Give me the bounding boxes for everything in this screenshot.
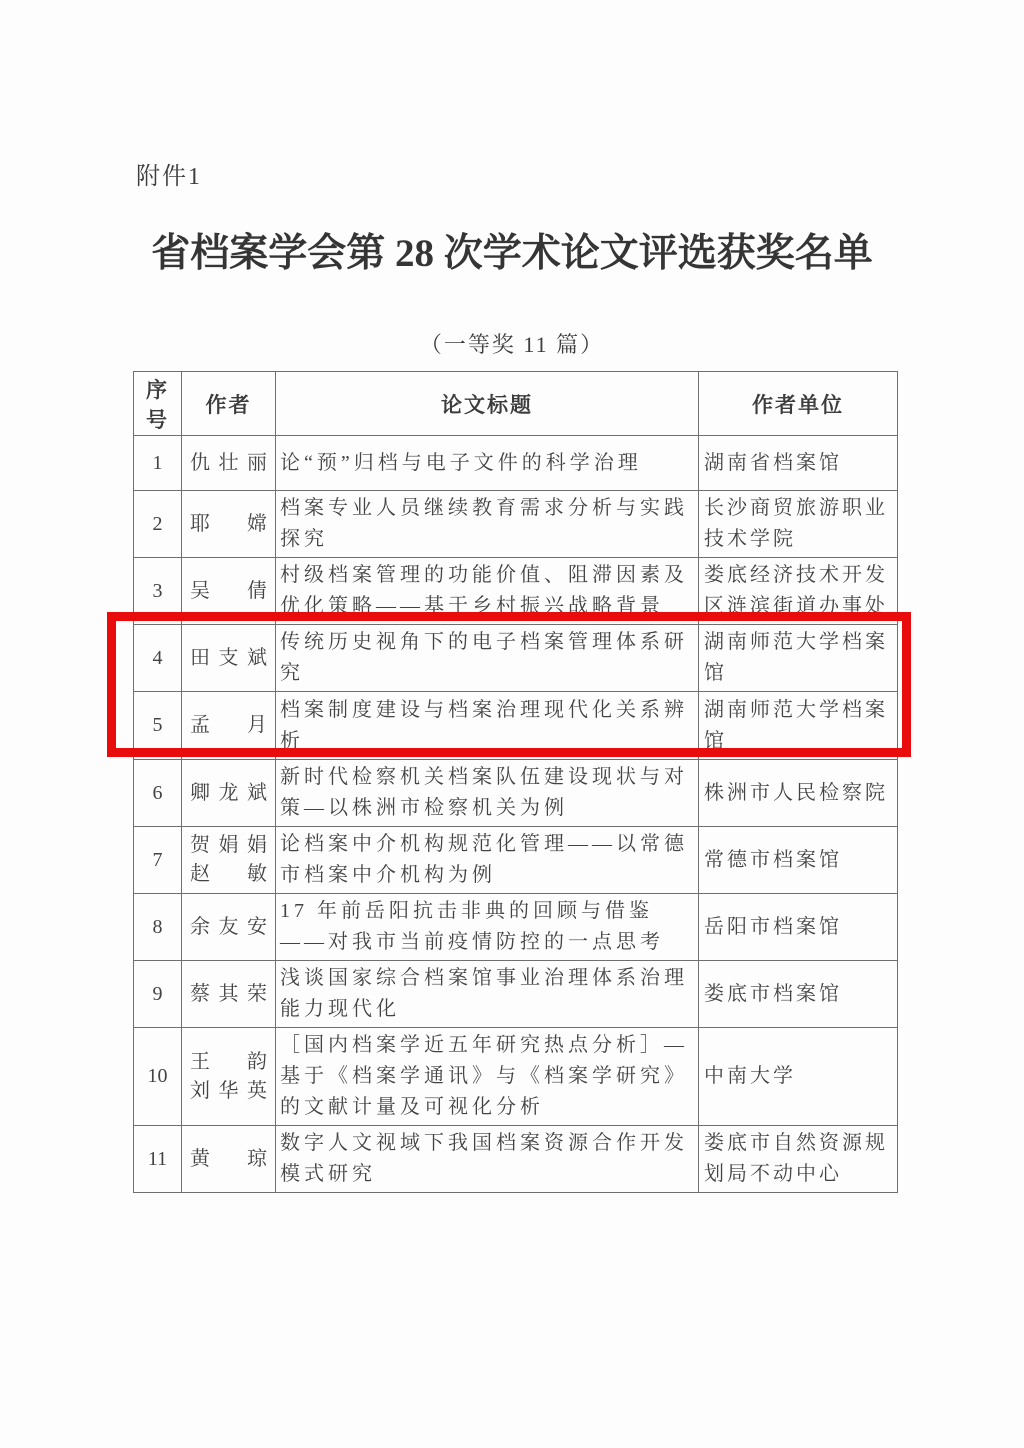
paper-title-cell: 论“预”归档与电子文件的科学治理 (276, 436, 699, 491)
row-number-cell: 1 (134, 436, 182, 491)
paper-title-cell: 传统历史视角下的电子档案管理体系研究 (276, 625, 699, 692)
affiliation-cell: 常德市档案馆 (699, 827, 898, 894)
document-title: 省档案学会第 28 次学术论文评选获奖名单 (0, 222, 1024, 278)
table-row: 7 贺娟娟 赵 敏 论档案中介机构规范化管理——以常德市档案中介机构为例 常德市… (134, 827, 898, 894)
affiliation-cell: 湖南省档案馆 (699, 436, 898, 491)
author-cell: 田支斌 (182, 625, 276, 692)
document-page: 附件1 省档案学会第 28 次学术论文评选获奖名单 （一等奖 11 篇） 序号 … (0, 0, 1024, 1448)
author-cell: 吴 倩 (182, 558, 276, 625)
affiliation-cell: 中南大学 (699, 1028, 898, 1126)
paper-title-cell: 浅谈国家综合档案馆事业治理体系治理能力现代化 (276, 961, 699, 1028)
row-number-cell: 9 (134, 961, 182, 1028)
row-number-cell: 2 (134, 491, 182, 558)
row-number-cell: 3 (134, 558, 182, 625)
row-number-cell: 6 (134, 760, 182, 827)
paper-title-cell: ［国内档案学近五年研究热点分析］—基于《档案学通讯》与《档案学研究》的文献计量及… (276, 1028, 699, 1126)
row-number-cell: 8 (134, 894, 182, 961)
table-row: 1 仇壮丽 论“预”归档与电子文件的科学治理 湖南省档案馆 (134, 436, 898, 491)
author-cell: 黄 琼 (182, 1126, 276, 1193)
row-number-cell: 7 (134, 827, 182, 894)
awards-table: 序号 作者 论文标题 作者单位 1 仇壮丽 论“预”归档与电子文件的科学治理 湖… (133, 371, 898, 1193)
attachment-label: 附件1 (136, 156, 202, 191)
affiliation-cell: 娄底市档案馆 (699, 961, 898, 1028)
paper-title-cell: 档案制度建设与档案治理现代化关系辨析 (276, 692, 699, 760)
author-cell: 王 韵 刘华英 (182, 1028, 276, 1126)
author-cell: 卿龙斌 (182, 760, 276, 827)
row-number-cell: 10 (134, 1028, 182, 1126)
affiliation-cell: 岳阳市档案馆 (699, 894, 898, 961)
header-serial-number: 序号 (134, 372, 182, 436)
author-cell: 仇壮丽 (182, 436, 276, 491)
paper-title-cell: 17 年前岳阳抗击非典的回顾与借鉴——对我市当前疫情防控的一点思考 (276, 894, 699, 961)
paper-title-cell: 村级档案管理的功能价值、阻滞因素及优化策略——基于乡村振兴战略背景 (276, 558, 699, 625)
author-cell: 耶 嫦 (182, 491, 276, 558)
row-number-cell: 5 (134, 692, 182, 760)
header-paper-title: 论文标题 (276, 372, 699, 436)
affiliation-cell: 湖南师范大学档案馆 (699, 625, 898, 692)
table-row: 10 王 韵 刘华英 ［国内档案学近五年研究热点分析］—基于《档案学通讯》与《档… (134, 1028, 898, 1126)
header-affiliation: 作者单位 (699, 372, 898, 436)
table-row: 2 耶 嫦 档案专业人员继续教育需求分析与实践探究 长沙商贸旅游职业技术学院 (134, 491, 898, 558)
table-row-highlighted: 5 孟 月 档案制度建设与档案治理现代化关系辨析 湖南师范大学档案馆 (134, 692, 898, 760)
table-row: 3 吴 倩 村级档案管理的功能价值、阻滞因素及优化策略——基于乡村振兴战略背景 … (134, 558, 898, 625)
affiliation-cell: 湖南师范大学档案馆 (699, 692, 898, 760)
table-row: 6 卿龙斌 新时代检察机关档案队伍建设现状与对策—以株洲市检察机关为例 株洲市人… (134, 760, 898, 827)
prize-subtitle: （一等奖 11 篇） (0, 328, 1024, 359)
affiliation-cell: 长沙商贸旅游职业技术学院 (699, 491, 898, 558)
row-number-cell: 11 (134, 1126, 182, 1193)
table-row: 8 余友安 17 年前岳阳抗击非典的回顾与借鉴——对我市当前疫情防控的一点思考 … (134, 894, 898, 961)
paper-title-cell: 论档案中介机构规范化管理——以常德市档案中介机构为例 (276, 827, 699, 894)
affiliation-cell: 株洲市人民检察院 (699, 760, 898, 827)
table-row: 11 黄 琼 数字人文视域下我国档案资源合作开发模式研究 娄底市自然资源规划局不… (134, 1126, 898, 1193)
paper-title-cell: 数字人文视域下我国档案资源合作开发模式研究 (276, 1126, 699, 1193)
affiliation-cell: 娄底市自然资源规划局不动中心 (699, 1126, 898, 1193)
affiliation-cell: 娄底经济技术开发区涟滨街道办事处 (699, 558, 898, 625)
author-cell: 孟 月 (182, 692, 276, 760)
author-cell: 蔡其荣 (182, 961, 276, 1028)
author-cell: 贺娟娟 赵 敏 (182, 827, 276, 894)
table-row-highlighted: 4 田支斌 传统历史视角下的电子档案管理体系研究 湖南师范大学档案馆 (134, 625, 898, 692)
header-author: 作者 (182, 372, 276, 436)
row-number-cell: 4 (134, 625, 182, 692)
paper-title-cell: 新时代检察机关档案队伍建设现状与对策—以株洲市检察机关为例 (276, 760, 699, 827)
paper-title-cell: 档案专业人员继续教育需求分析与实践探究 (276, 491, 699, 558)
table-row: 9 蔡其荣 浅谈国家综合档案馆事业治理体系治理能力现代化 娄底市档案馆 (134, 961, 898, 1028)
author-cell: 余友安 (182, 894, 276, 961)
table-header-row: 序号 作者 论文标题 作者单位 (134, 372, 898, 436)
